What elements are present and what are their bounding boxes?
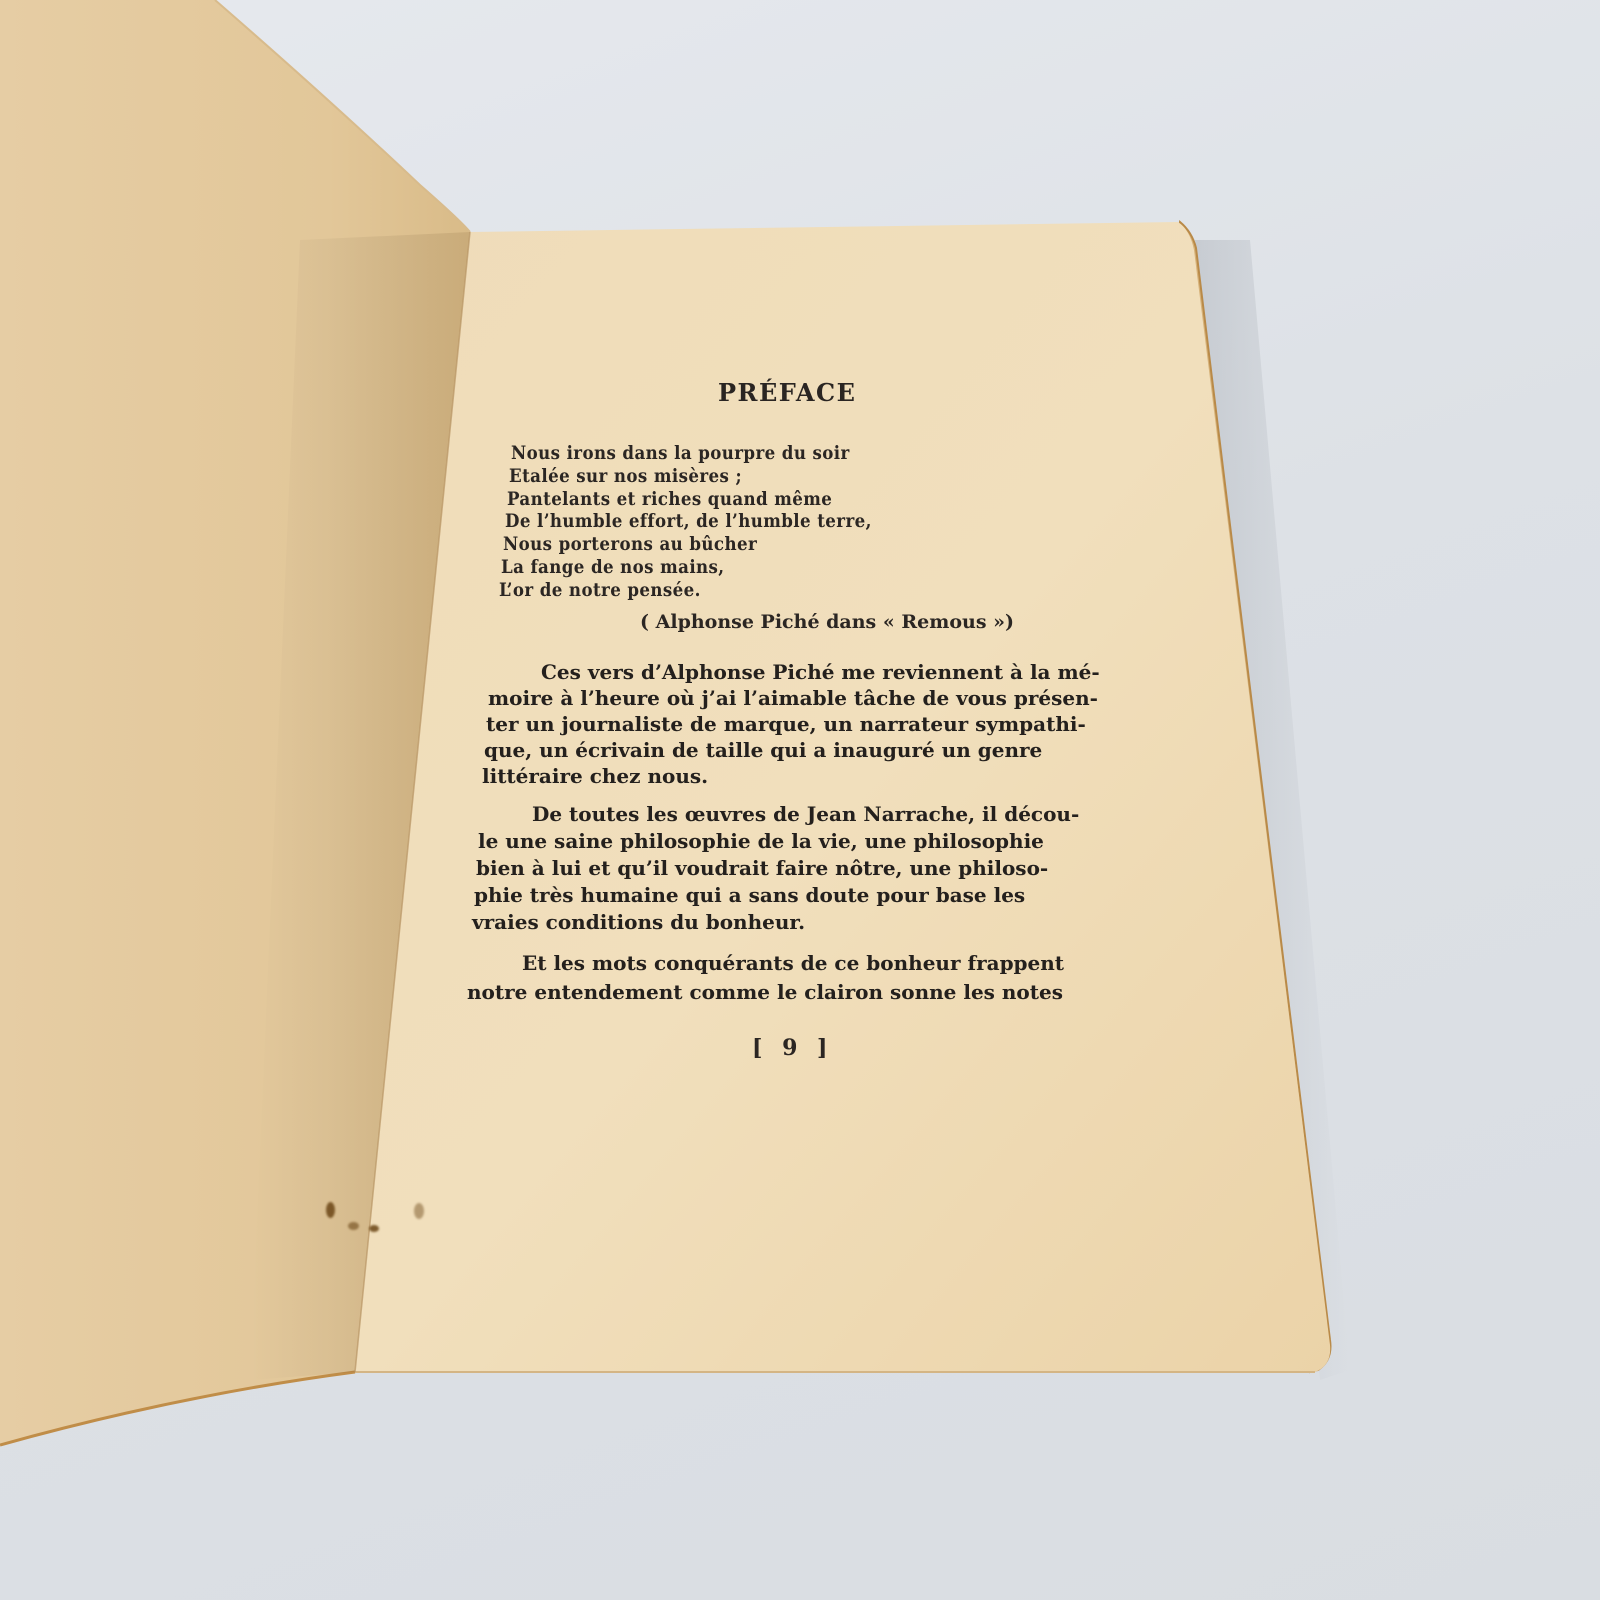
paragraph-line: bien à lui et qu’il voudrait faire nôtre… (476, 856, 1048, 880)
paragraph-line: moire à l’heure où j’ai l’aimable tâche … (488, 686, 1098, 710)
paragraph-line: notre entendement comme le clairon sonne… (467, 980, 1063, 1004)
paragraph-line: littéraire chez nous. (482, 764, 708, 788)
epigraph-line: Nous irons dans la pourpre du soir (511, 443, 850, 464)
paragraph-line: que, un écrivain de taille qui a inaugur… (484, 738, 1042, 762)
page-title: PRÉFACE (718, 378, 856, 407)
right-page-text: PRÉFACE Nous irons dans la pourpre du so… (0, 0, 1600, 1600)
paragraph-line: ter un journaliste de marque, un narrate… (486, 712, 1086, 736)
paragraph-line: Et les mots conquérants de ce bonheur fr… (522, 951, 1064, 975)
paragraph-line: vraies conditions du bonheur. (472, 910, 805, 934)
epigraph-line: De l’humble effort, de l’humble terre, (505, 511, 872, 532)
paragraph-line: Ces vers d’Alphonse Piché me reviennent … (541, 660, 1100, 684)
epigraph-attribution: ( Alphonse Piché dans « Remous ») (640, 611, 1014, 633)
epigraph-line: La fange de nos mains, (501, 557, 725, 578)
epigraph-line: Nous porterons au bûcher (503, 534, 757, 555)
paragraph-line: le une saine philosophie de la vie, une … (478, 829, 1044, 853)
paragraph-line: phie très humaine qui a sans doute pour … (474, 883, 1025, 907)
paragraph-line: De toutes les œuvres de Jean Narrache, i… (532, 802, 1079, 826)
page-number: [ 9 ] (752, 1035, 833, 1061)
epigraph-line: Etalée sur nos misères ; (509, 466, 742, 487)
book-photo-scene: PRÉFACE Nous irons dans la pourpre du so… (0, 0, 1600, 1600)
epigraph-line: L’or de notre pensée. (499, 580, 701, 601)
epigraph-line: Pantelants et riches quand même (507, 489, 832, 510)
